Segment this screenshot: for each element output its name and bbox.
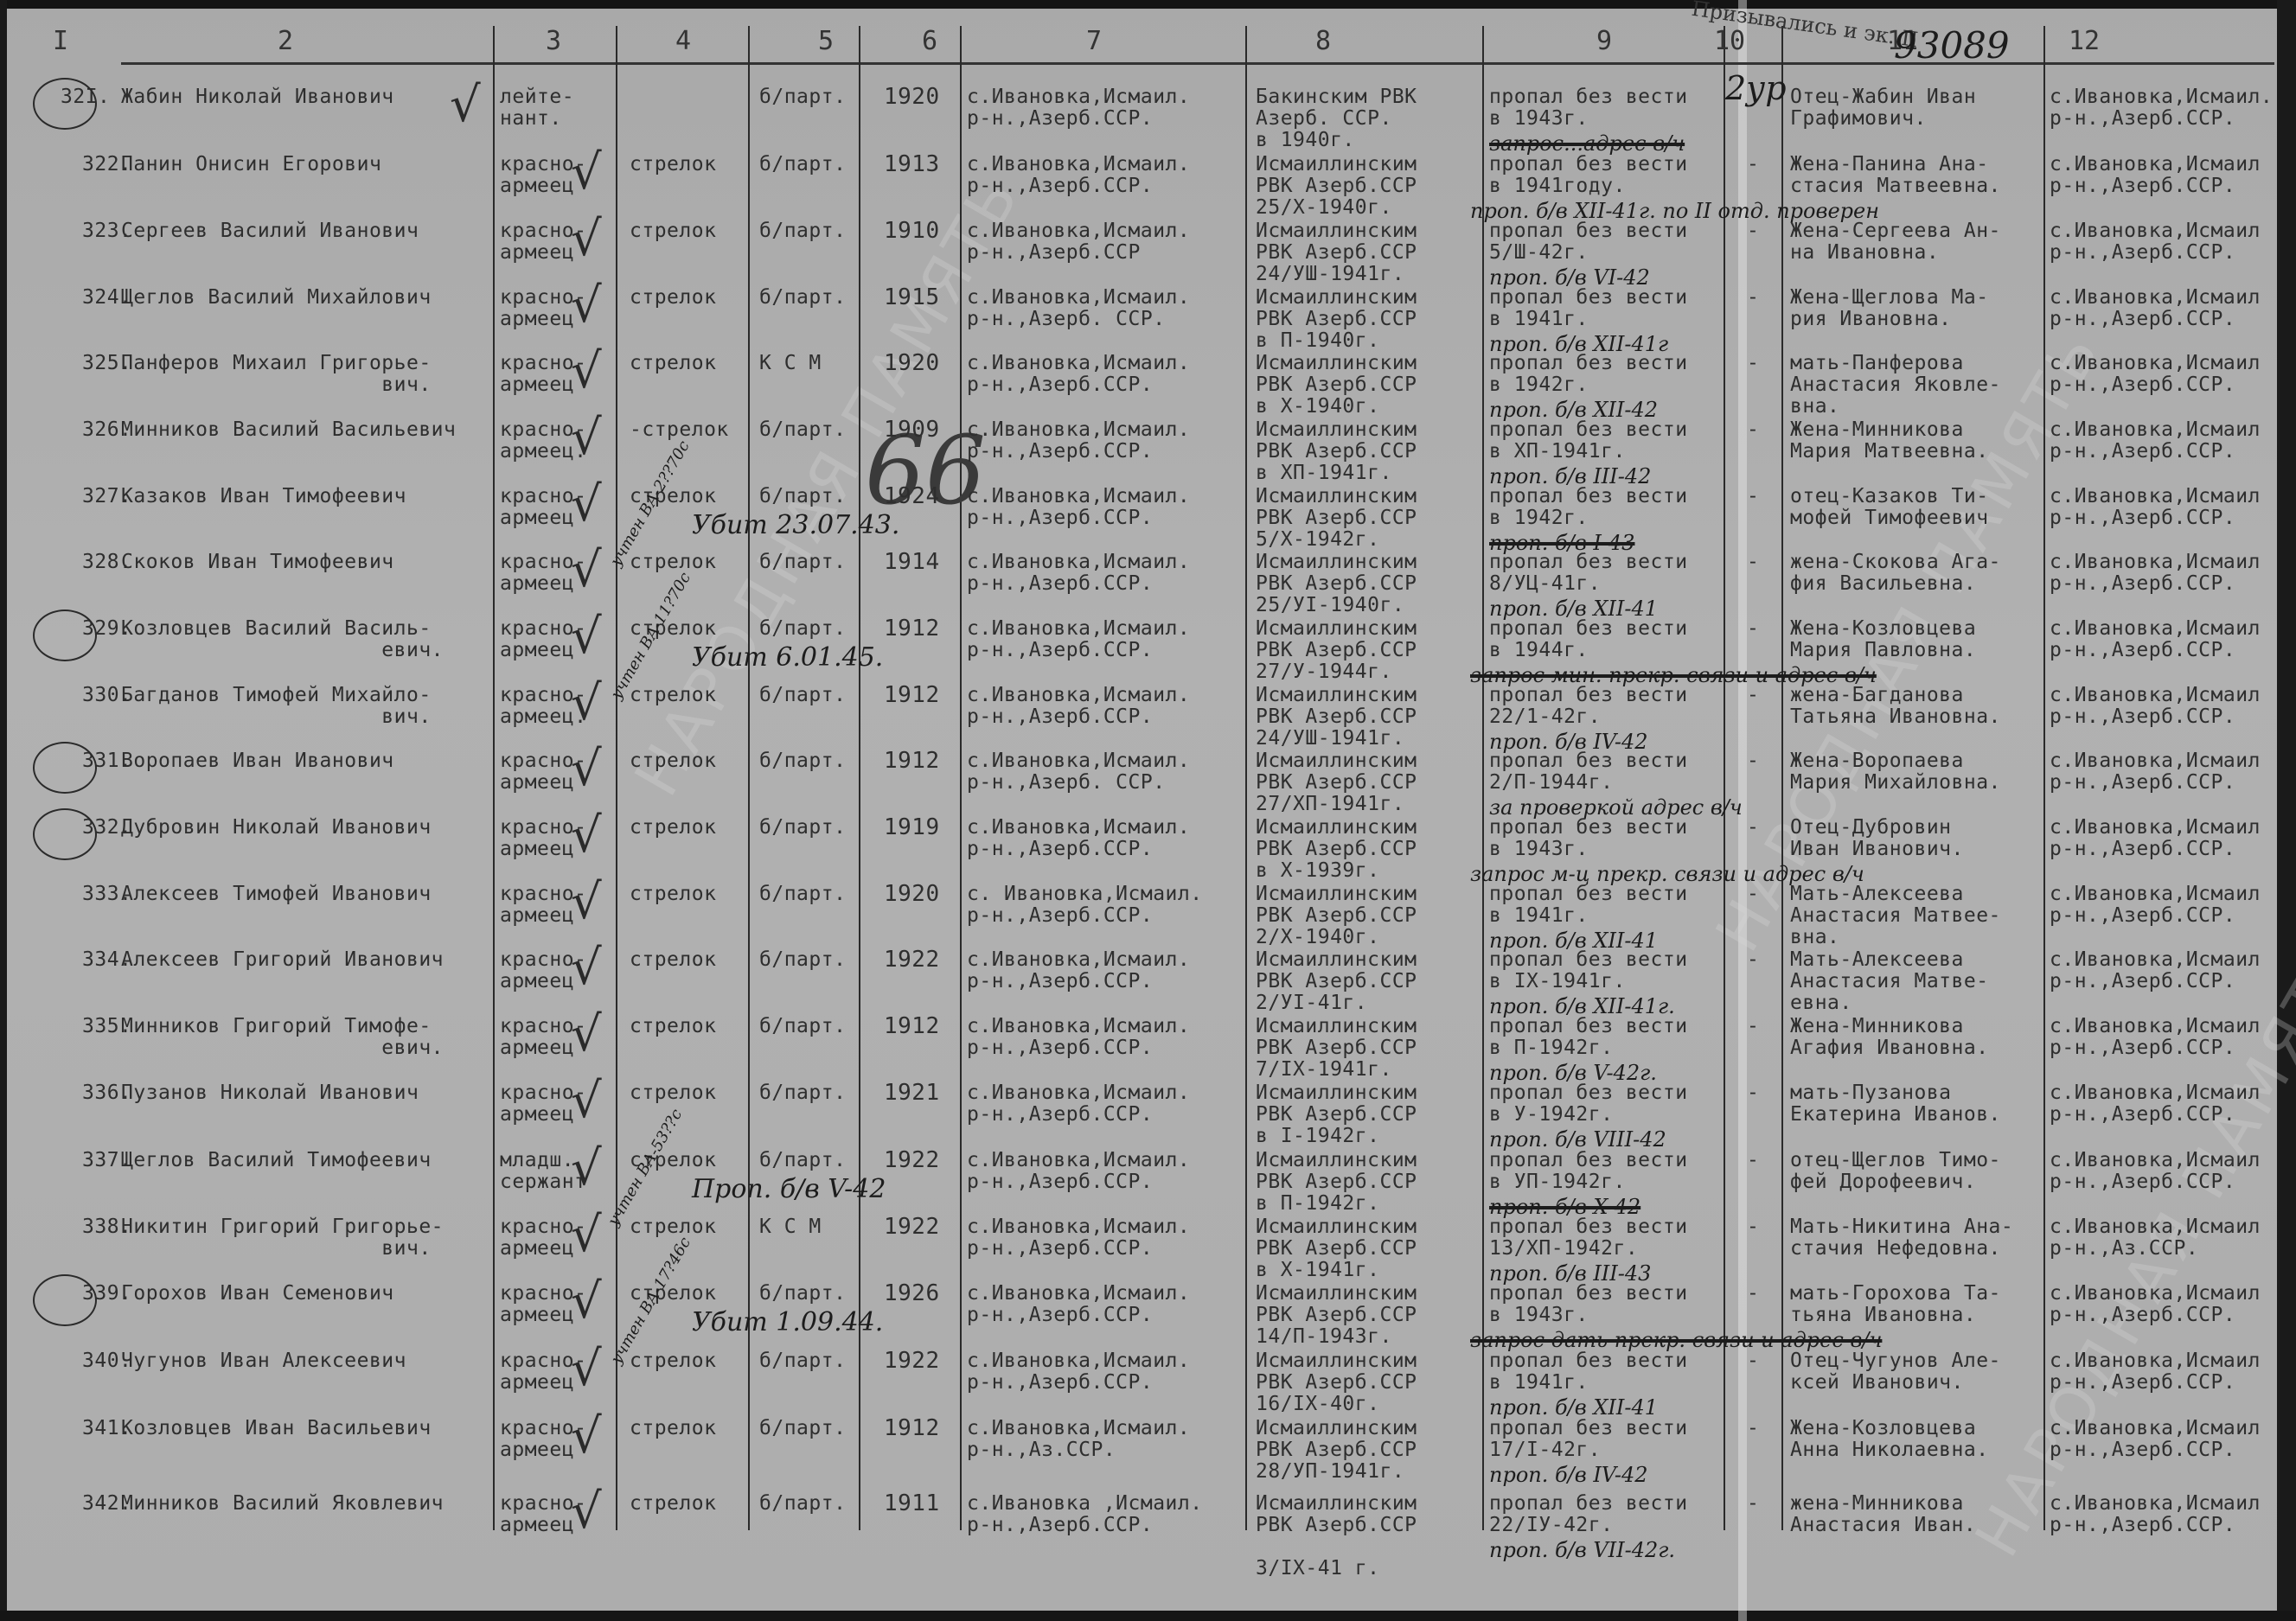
party-membership: б/парт. <box>759 1350 846 1372</box>
table-row: 323.Сергеев Василий Ивановичкрасно- арме… <box>0 220 2296 286</box>
birth-year: 1922 <box>884 1350 940 1372</box>
handwritten-death-note: Убит 1.09.44. <box>692 1307 883 1337</box>
position: стрелок <box>630 353 716 374</box>
birthplace: с.Ивановка,Исмаил. р-н.,Азерб.ССР. <box>967 486 1190 529</box>
checkmark-icon: √ <box>571 812 602 860</box>
draft-office: Исмаиллинским РВК Азерб.ССР в Х-1939г. <box>1256 817 1417 882</box>
full-name: Минников Григорий Тимофе- евич. <box>121 1016 444 1059</box>
next-of-kin: Жена-Сергеева Ан- на Ивановна. <box>1790 220 2001 264</box>
column-10-value: - <box>1747 486 1759 507</box>
draft-office: Исмаиллинским РВК Азерб.ССР 25/Х-1940г. <box>1256 154 1417 219</box>
circled-number-mark <box>33 1274 97 1326</box>
kin-address: с.Ивановка,Исмаил р-н.,Азерб.ССР. <box>2050 552 2261 595</box>
fate-status: пропал без вести в П-1942г. <box>1489 1016 1688 1059</box>
column-number: 2 <box>278 26 293 56</box>
column-10-value: - <box>1747 220 1759 242</box>
column-number: 9 <box>1596 26 1612 56</box>
next-of-kin: мать-Панферова Анастасия Яковле- вна. <box>1790 353 2001 418</box>
birth-year: 1911 <box>884 1493 940 1515</box>
table-row: 331.Воропаев Иван Ивановичкрасно- армеец… <box>0 750 2296 816</box>
scan-border-bottom <box>0 1611 2296 1621</box>
table-row: 342.Минников Василий Яковлевичкрасно- ар… <box>0 1493 2296 1559</box>
birth-year: 1920 <box>884 86 940 108</box>
archive-number: 93089 <box>1894 24 2010 67</box>
birthplace: с.Ивановка,Исмаил. р-н.,Азерб.ССР. <box>967 1283 1190 1326</box>
checkmark-icon: √ <box>571 1011 602 1059</box>
checkmark-icon: √ <box>571 944 602 992</box>
table-row: 339.Горохов Иван Семеновичкрасно- армеец… <box>0 1283 2296 1349</box>
table-row: 32I.Жабин Николай Ивановичлейте- нант.б/… <box>0 86 2296 152</box>
table-row: 326.Минников Василий Васильевичкрасно- а… <box>0 419 2296 485</box>
checkmark-icon: √ <box>571 1145 602 1193</box>
full-name: Козловцев Иван Васильевич <box>121 1418 432 1439</box>
fate-status: пропал без вести 5/Ш-42г. <box>1489 220 1688 264</box>
table-row: 329.Козловцев Василий Василь- евич.красн… <box>0 618 2296 684</box>
column-10-value: - <box>1747 618 1759 640</box>
kin-address: с.Ивановка,Исмаил р-н.,Азерб.ССР. <box>2050 1016 2261 1059</box>
circled-number-mark <box>33 808 97 860</box>
kin-address: с.Ивановка,Исмаил р-н.,Азерб.ССР. <box>2050 353 2261 396</box>
birthplace: с.Ивановка,Исмаил. р-н.,Азерб.ССР. <box>967 353 1190 396</box>
column-number: 12 <box>2069 26 2100 56</box>
scan-border-top <box>0 0 2296 9</box>
birth-year: 1913 <box>884 154 940 176</box>
checkmark-icon: √ <box>571 215 602 264</box>
table-row: 327.Казаков Иван Тимофеевичкрасно- армее… <box>0 486 2296 552</box>
birthplace: с.Ивановка,Исмаил. р-н.,Азерб.ССР. <box>967 86 1190 130</box>
next-of-kin: Мать-Алексеева Анастасия Матве- евна. <box>1790 949 1989 1014</box>
handwritten-note: запрос...адрес в/ч <box>1489 131 1685 156</box>
handwritten-note: проп. б/в VIII-42 <box>1489 1127 1666 1152</box>
party-membership: б/парт. <box>759 618 846 640</box>
birth-year: 1922 <box>884 949 940 971</box>
birthplace: с.Ивановка,Исмаил. р-н.,Азерб.ССР. <box>967 1082 1190 1126</box>
kin-address: с.Ивановка,Исмаил. р-н.,Азерб.ССР. <box>2050 86 2273 130</box>
draft-office: Исмаиллинским РВК Азерб.ССР 7/IХ-1941г. <box>1256 1016 1417 1081</box>
checkmark-icon: √ <box>571 1413 602 1461</box>
birth-year: 1912 <box>884 685 940 706</box>
next-of-kin: Жена-Козловцева Мария Павловна. <box>1790 618 1976 661</box>
party-membership: б/парт. <box>759 86 846 108</box>
party-membership: б/парт. <box>759 1150 846 1171</box>
birthplace: с.Ивановка,Исмаил. р-н.,Азерб. ССР. <box>967 287 1190 330</box>
position: стрелок <box>630 1016 716 1037</box>
birth-year: 1921 <box>884 1082 940 1104</box>
kin-address: с.Ивановка,Исмаил р-н.,Азерб.ССР. <box>2050 884 2261 927</box>
next-of-kin: Мать-Алексеева Анастасия Матвее- вна. <box>1790 884 2001 948</box>
table-row: 322.Панин Онисин Егоровичкрасно- армеецс… <box>0 154 2296 220</box>
table-row: 336.Пузанов Николай Ивановичкрасно- арме… <box>0 1082 2296 1148</box>
kin-address: с.Ивановка,Исмаил р-н.,Азерб.ССР. <box>2050 618 2261 661</box>
column-10-value: - <box>1747 353 1759 374</box>
party-membership: б/парт. <box>759 817 846 839</box>
handwritten-note: проп. б/в VII-42г. <box>1489 1538 1675 1562</box>
checkmark-icon: √ <box>571 149 602 197</box>
kin-address: с.Ивановка,Исмаил р-н.,Азерб.ССР. <box>2050 486 2261 529</box>
column-10-value: - <box>1747 949 1759 971</box>
column-number: I <box>53 26 68 56</box>
birthplace: с.Ивановка,Исмаил. р-н.,Азерб. ССР. <box>967 750 1190 794</box>
full-name: Горохов Иван Семенович <box>121 1283 394 1305</box>
column-10-value: - <box>1747 685 1759 706</box>
draft-office: Исмаиллинским РВК Азерб.ССР в ХП-1941г. <box>1256 419 1417 484</box>
fate-status: пропал без вести в 1943г. <box>1489 86 1688 130</box>
next-of-kin: Жена-Панина Ана- стасия Матвеевна. <box>1790 154 2001 197</box>
fate-status: пропал без вести в 1943г. <box>1489 817 1688 860</box>
draft-office: Исмаиллинским РВК Азерб.ССР 24/УШ-1941г. <box>1256 685 1417 750</box>
birthplace: с.Ивановка,Исмаил. р-н.,Азерб.ССР. <box>967 685 1190 728</box>
draft-office: Исмаиллинским РВК Азерб.ССР 2/УI-41г. <box>1256 949 1417 1014</box>
kin-address: с.Ивановка,Исмаил р-н.,Азерб.ССР. <box>2050 154 2261 197</box>
column-10-value: - <box>1747 1016 1759 1037</box>
birthplace: с.Ивановка,Исмаил. р-н.,Азерб.ССР. <box>967 419 1190 463</box>
fate-status: пропал без вести в 1943г. <box>1489 1283 1688 1326</box>
kin-address: с.Ивановка,Исмаил р-н.,Азерб.ССР. <box>2050 1493 2261 1536</box>
table-row: 330.Багданов Тимофей Михайло- вич.красно… <box>0 685 2296 750</box>
checkmark-icon: √ <box>571 1077 602 1126</box>
fate-status: пропал без вести в УП-1942г. <box>1489 1150 1688 1193</box>
birth-year: 1912 <box>884 1016 940 1037</box>
fate-status: пропал без вести 2/П-1944г. <box>1489 750 1688 794</box>
birth-year: 1910 <box>884 220 940 242</box>
position: стрелок <box>630 1350 716 1372</box>
fate-status: пропал без вести в 1941г. <box>1489 884 1688 927</box>
party-membership: б/парт. <box>759 486 846 507</box>
handwritten-note: запрос дать прекр. связи и адрес в/ч <box>1470 1328 1882 1352</box>
draft-office: Исмаиллинским РВК Азерб.ССР 5/Х-1942г. <box>1256 486 1417 551</box>
handwritten-death-note: Убит 6.01.45. <box>692 642 883 673</box>
kin-address: с.Ивановка,Исмаил р-н.,Азерб.ССР. <box>2050 685 2261 728</box>
kin-address: с.Ивановка,Исмаил р-н.,Азерб.ССР. <box>2050 1350 2261 1394</box>
full-name: Казаков Иван Тимофеевич <box>121 486 406 507</box>
checkmark-icon: √ <box>571 745 602 794</box>
column-10-value: - <box>1747 154 1759 176</box>
next-of-kin: мать-Пузанова Екатерина Иванов. <box>1790 1082 2001 1126</box>
next-of-kin: отец-Щеглов Тимо- фей Дорофеевич. <box>1790 1150 2001 1193</box>
column-number: 7 <box>1086 26 1102 56</box>
birthplace: с.Ивановка,Исмаил. р-н.,Азерб.ССР. <box>967 552 1190 595</box>
checkmark-icon: √ <box>571 680 602 728</box>
fate-status: пропал без вести 17/I-42г. <box>1489 1418 1688 1461</box>
draft-office: Исмаиллинским РВК Азерб.ССР в П-1942г. <box>1256 1150 1417 1215</box>
draft-office: Исмаиллинским РВК Азерб.ССР в I-1942г. <box>1256 1082 1417 1147</box>
birthplace: с.Ивановка ,Исмаил. р-н.,Азерб.ССР. <box>967 1493 1203 1536</box>
next-of-kin: жена-Багданова Татьяна Ивановна. <box>1790 685 2001 728</box>
birth-year: 1915 <box>884 287 940 309</box>
next-of-kin: Жена-Минникова Агафия Ивановна. <box>1790 1016 1989 1059</box>
kin-address: с.Ивановка,Исмаил р-н.,Азерб.ССР. <box>2050 750 2261 794</box>
fate-status: пропал без вести в 1942г. <box>1489 353 1688 396</box>
position: стрелок <box>630 1418 716 1439</box>
party-membership: б/парт. <box>759 1493 846 1515</box>
draft-office: Исмаиллинским РВК Азерб.ССР в Х-1940г. <box>1256 353 1417 418</box>
checkmark-icon: √ <box>571 613 602 661</box>
circled-number-mark <box>33 609 97 661</box>
column-10-value: - <box>1747 1493 1759 1515</box>
full-name: Минников Василий Васильевич <box>121 419 456 441</box>
column-10-value: - <box>1747 287 1759 309</box>
military-rank: лейте- нант. <box>500 86 574 130</box>
party-membership: б/парт. <box>759 1082 846 1104</box>
fate-status: пропал без вести в IХ-1941г. <box>1489 949 1688 992</box>
fate-status: пропал без вести 8/УЦ-41г. <box>1489 552 1688 595</box>
next-of-kin: жена-Скокова Ага- фия Васильевна. <box>1790 552 2001 595</box>
party-membership: б/парт. <box>759 1283 846 1305</box>
full-name: Воропаев Иван Иванович <box>121 750 394 772</box>
full-name: Панин Онисин Егорович <box>121 154 381 176</box>
birthplace: с. Ивановка,Исмаил. р-н.,Азерб.ССР. <box>967 884 1203 927</box>
column-10-value: - <box>1747 750 1759 772</box>
kin-address: с.Ивановка,Исмаил р-н.,Азерб.ССР. <box>2050 949 2261 992</box>
position: стрелок <box>630 750 716 772</box>
next-of-kin: Жена-Щеглова Ма- рия Ивановна. <box>1790 287 1989 330</box>
birth-year: 1912 <box>884 750 940 772</box>
kin-address: с.Ивановка,Исмаил р-н.,Азерб.ССР. <box>2050 419 2261 463</box>
column-number: 8 <box>1315 26 1331 56</box>
position: стрелок <box>630 1216 716 1238</box>
full-name: Минников Василий Яковлевич <box>121 1493 444 1515</box>
party-membership: б/парт. <box>759 884 846 905</box>
fate-status: пропал без вести в 1941г. <box>1489 287 1688 330</box>
full-name: Щеглов Василий Михайлович <box>121 287 432 309</box>
full-name: Дубровин Николай Иванович <box>121 817 432 839</box>
kin-address: с.Ивановка,Исмаил р-н.,Аз.ССР. <box>2050 1216 2261 1260</box>
birth-year: 1912 <box>884 618 940 640</box>
column-10-value: - <box>1747 1283 1759 1305</box>
checkmark-icon: √ <box>571 1488 602 1536</box>
birth-year: 1926 <box>884 1283 940 1305</box>
draft-office: Бакинским РВК Азерб. ССР. в 1940г. <box>1256 86 1417 151</box>
column-10-value: - <box>1747 817 1759 839</box>
birth-year: 1922 <box>884 1150 940 1171</box>
draft-office: Исмаиллинским РВК Азерб.ССР 16/IХ-40г. <box>1256 1350 1417 1415</box>
full-name: Сергеев Василий Иванович <box>121 220 419 242</box>
fate-status: пропал без вести в 1941г. <box>1489 1350 1688 1394</box>
kin-address: с.Ивановка,Исмаил р-н.,Азерб.ССР. <box>2050 817 2261 860</box>
position: стрелок <box>630 552 716 573</box>
draft-office: Исмаиллинским РВК Азерб.ССР 25/УI-1940г. <box>1256 552 1417 616</box>
party-membership: б/парт. <box>759 1418 846 1439</box>
next-of-kin: Мать-Никитина Ана- стачия Нефедовна. <box>1790 1216 2013 1260</box>
position: стрелок <box>630 287 716 309</box>
checkmark-icon: √ <box>571 348 602 396</box>
birthplace: с.Ивановка,Исмаил. р-н.,Азерб.ССР. <box>967 618 1190 661</box>
full-name: Жабин Николай Иванович <box>121 86 394 108</box>
birthplace: с.Ивановка,Исмаил. р-н.,Азерб.ССР. <box>967 1350 1190 1394</box>
birthplace: с.Ивановка,Исмаил. р-н.,Азерб.ССР. <box>967 817 1190 860</box>
full-name: Пузанов Николай Иванович <box>121 1082 419 1104</box>
full-name: Алексеев Тимофей Иванович <box>121 884 432 905</box>
birthplace: с.Ивановка,Исмаил. р-н.,Азерб.ССР. <box>967 1216 1190 1260</box>
kin-address: с.Ивановка,Исмаил р-н.,Азерб.ССР. <box>2050 1283 2261 1326</box>
birth-year: 1920 <box>884 884 940 905</box>
column-number: 3 <box>546 26 561 56</box>
draft-office: Исмаиллинским РВК Азерб.ССР 24/УШ-1941г. <box>1256 220 1417 285</box>
checkmark-icon: √ <box>571 546 602 595</box>
full-name: Скоков Иван Тимофеевич <box>121 552 394 573</box>
table-row: 334.Алексеев Григорий Ивановичкрасно- ар… <box>0 949 2296 1015</box>
kin-address: с.Ивановка,Исмаил р-н.,Азерб.ССР. <box>2050 220 2261 264</box>
column-number: 4 <box>675 26 691 56</box>
position: стрелок <box>630 884 716 905</box>
position: стрелок <box>630 1082 716 1104</box>
full-name: Чугунов Иван Алексеевич <box>121 1350 406 1372</box>
circled-number-mark <box>33 78 97 130</box>
position: стрелок <box>630 220 716 242</box>
party-membership: б/парт. <box>759 1016 846 1037</box>
draft-office: Исмаиллинским РВК Азерб.ССР в Х-1941г. <box>1256 1216 1417 1281</box>
handwritten-note: проп. б/в IV-42 <box>1489 1463 1648 1487</box>
party-membership: б/парт. <box>759 750 846 772</box>
party-membership: б/парт. <box>759 685 846 706</box>
column-10-value: - <box>1747 419 1759 441</box>
next-of-kin: отец-Казаков Ти- мофей Тимофеевич <box>1790 486 1989 529</box>
birth-year: 1914 <box>884 552 940 573</box>
column-number: 5 <box>818 26 834 56</box>
birth-year: 1909 <box>884 419 940 441</box>
next-of-kin: Жена-Минникова Мария Матвеевна. <box>1790 419 1989 463</box>
next-of-kin: Отец-Жабин Иван Графимович. <box>1790 86 1976 130</box>
table-row: 341.Козловцев Иван Васильевичкрасно- арм… <box>0 1418 2296 1484</box>
position: стрелок <box>630 949 716 971</box>
birthplace: с.Ивановка,Исмаил. р-н.,Азерб.ССР. <box>967 949 1190 992</box>
position: стрелок <box>630 1493 716 1515</box>
position: стрелок <box>630 685 716 706</box>
birth-year: 1912 <box>884 1418 940 1439</box>
fate-status: пропал без вести 22/1-42г. <box>1489 685 1688 728</box>
next-of-kin: жена-Минникова Анастасия Иван. <box>1790 1493 1976 1536</box>
table-row: 338.Никитин Григорий Григорье- вич.красн… <box>0 1216 2296 1282</box>
birth-year: 1924 <box>884 486 940 507</box>
next-of-kin: мать-Горохова Та- тьяна Ивановна. <box>1790 1283 2001 1326</box>
handwritten-death-note: Проп. б/в V-42 <box>692 1174 886 1204</box>
kin-address: с.Ивановка,Исмаил р-н.,Азерб.ССР. <box>2050 1418 2261 1461</box>
fate-status: пропал без вести 13/ХП-1942г. <box>1489 1216 1688 1260</box>
fate-status: пропал без вести в 1941году. <box>1489 154 1688 197</box>
next-of-kin: Жена-Козловцева Анна Николаевна. <box>1790 1418 1989 1461</box>
position: стрелок <box>630 154 716 176</box>
checkmark-icon: √ <box>571 878 602 927</box>
checkmark-icon: √ <box>571 414 602 463</box>
kin-address: с.Ивановка,Исмаил р-н.,Азерб.ССР. <box>2050 1150 2261 1193</box>
table-row: 335.Минников Григорий Тимофе- евич.красн… <box>0 1016 2296 1082</box>
handwritten-death-note: Убит 23.07.43. <box>692 510 899 540</box>
full-name: Щеглов Василий Тимофеевич <box>121 1150 432 1171</box>
fate-status: пропал без вести 22/IУ-42г. <box>1489 1493 1688 1536</box>
birthplace: с.Ивановка,Исмаил. р-н.,Азерб.ССР. <box>967 1150 1190 1193</box>
draft-office: Исмаиллинским РВК Азерб.ССР 14/П-1943г. <box>1256 1283 1417 1348</box>
draft-office: Исмаиллинским РВК Азерб.ССР 27/ХП-1941г. <box>1256 750 1417 815</box>
handwritten-note: проп. б/в XII-41 <box>1489 1395 1658 1420</box>
birth-year: 1919 <box>884 817 940 839</box>
next-of-kin: Отец-Чугунов Але- ксей Иванович. <box>1790 1350 2001 1394</box>
checkmark-icon: √ <box>571 481 602 529</box>
birthplace: с.Ивановка,Исмаил. р-н.,Азерб.ССР. <box>967 154 1190 197</box>
fate-status: пропал без вести в 1942г. <box>1489 486 1688 529</box>
table-row: 332.Дубровин Николай Ивановичкрасно- арм… <box>0 817 2296 883</box>
column-10-value: - <box>1747 1350 1759 1372</box>
full-name: Никитин Григорий Григорье- вич. <box>121 1216 444 1260</box>
archival-document-page: НАРОДНАЯ ПАМЯТЬ НАРОДНАЯ ПАМЯТЬ НАРОДНАЯ… <box>0 0 2296 1621</box>
party-membership: б/парт. <box>759 949 846 971</box>
column-number: 6 <box>922 26 937 56</box>
column-number: 10 <box>1714 26 1745 56</box>
checkmark-icon: √ <box>571 282 602 330</box>
draft-office: Исмаиллинским РВК Азерб.ССР 28/УП-1941г. <box>1256 1418 1417 1483</box>
table-row: 325.Панферов Михаил Григорье- вич.красно… <box>0 353 2296 418</box>
table-row: 340.Чугунов Иван Алексеевичкрасно- армее… <box>0 1350 2296 1416</box>
column-10-value: - <box>1747 1216 1759 1238</box>
checkmark-icon: √ <box>571 1345 602 1394</box>
full-name: Алексеев Григорий Иванович <box>121 949 444 971</box>
fate-status: пропал без вести в У-1942г. <box>1489 1082 1688 1126</box>
checkmark-icon: √ <box>571 1211 602 1260</box>
column-10-value: - <box>1747 552 1759 573</box>
kin-address: с.Ивановка,Исмаил р-н.,Азерб.ССР. <box>2050 287 2261 330</box>
party-membership: б/парт. <box>759 552 846 573</box>
table-row: 324.Щеглов Василий Михайловичкрасно- арм… <box>0 287 2296 353</box>
column-10-value: - <box>1747 1418 1759 1439</box>
next-of-kin: Отец-Дубровин Иван Иванович. <box>1790 817 1964 860</box>
column-10-value: - <box>1747 1150 1759 1171</box>
birthplace: с.Ивановка,Исмаил. р-н.,Аз.ССР. <box>967 1418 1190 1461</box>
checkmark-icon: √ <box>450 81 481 130</box>
draft-office: Исмаиллинским РВК Азерб.ССР 3/IХ-41 г. <box>1256 1493 1417 1580</box>
party-membership: б/парт. <box>759 154 846 176</box>
table-row: 337.Щеглов Василий Тимофеевичмладш. серж… <box>0 1150 2296 1216</box>
circled-number-mark <box>33 742 97 794</box>
draft-office: Исмаиллинским РВК Азерб.ССР в П-1940г. <box>1256 287 1417 352</box>
party-membership: б/парт. <box>759 419 846 441</box>
kin-address: с.Ивановка,Исмаил р-н.,Азерб.ССР. <box>2050 1082 2261 1126</box>
party-membership: б/парт. <box>759 220 846 242</box>
draft-office: Исмаиллинским РВК Азерб.ССР 2/Х-1940г. <box>1256 884 1417 948</box>
full-name: Козловцев Василий Василь- евич. <box>121 618 444 661</box>
birthplace: с.Ивановка,Исмаил. р-н.,Азерб.ССР. <box>967 1016 1190 1059</box>
full-name: Багданов Тимофей Михайло- вич. <box>121 685 432 728</box>
birth-year: 1922 <box>884 1216 940 1238</box>
birthplace: с.Ивановка,Исмаил. р-н.,Азерб.ССР <box>967 220 1190 264</box>
birth-year: 1920 <box>884 353 940 374</box>
next-of-kin: Жена-Воропаева Мария Михайловна. <box>1790 750 2001 794</box>
full-name: Панферов Михаил Григорье- вич. <box>121 353 432 396</box>
position: стрелок <box>630 817 716 839</box>
fate-status: пропал без вести в ХП-1941г. <box>1489 419 1688 463</box>
draft-office: Исмаиллинским РВК Азерб.ССР 27/У-1944г. <box>1256 618 1417 683</box>
table-row: 333.Алексеев Тимофей Ивановичкрасно- арм… <box>0 884 2296 949</box>
party-membership: б/парт. <box>759 287 846 309</box>
column-10-value: - <box>1747 884 1759 905</box>
column-10-value: - <box>1747 1082 1759 1104</box>
party-membership: К С М <box>759 353 822 374</box>
checkmark-icon: √ <box>571 1278 602 1326</box>
table-row: 328.Скоков Иван Тимофеевичкрасно- армеец… <box>0 552 2296 617</box>
fate-status: пропал без вести в 1944г. <box>1489 618 1688 661</box>
party-membership: К С М <box>759 1216 822 1238</box>
